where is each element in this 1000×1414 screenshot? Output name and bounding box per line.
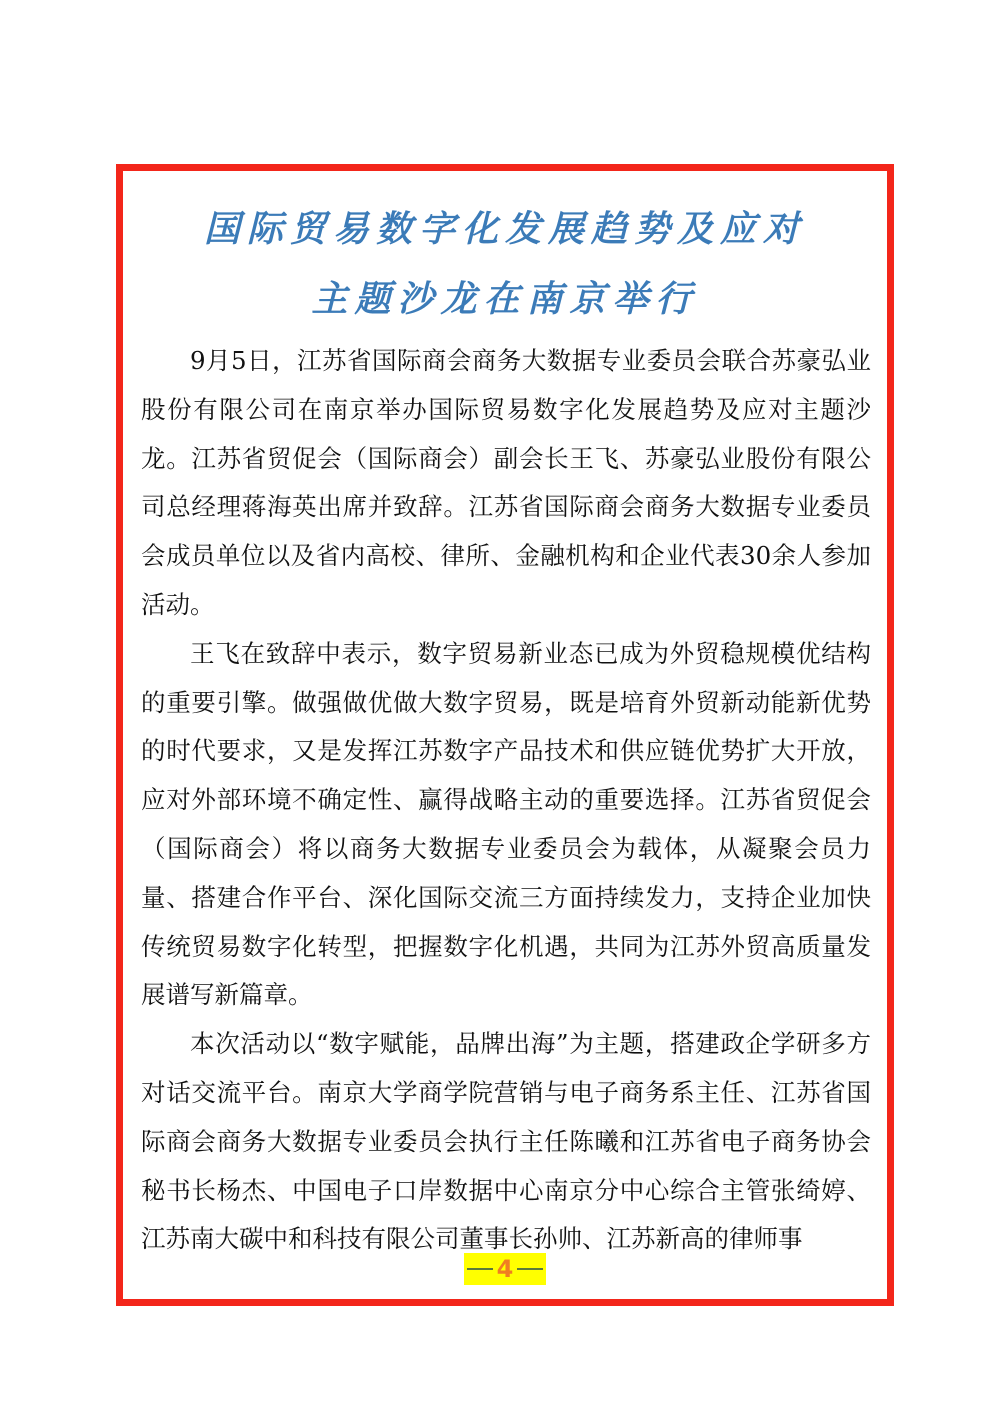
dash-left: [467, 1268, 493, 1270]
page-number: 4: [497, 1255, 514, 1283]
dash-right: [517, 1268, 543, 1270]
paragraph-3: 本次活动以“数字赋能，品牌出海”为主题，搭建政企学研多方对话交流平台。南京大学商…: [141, 1020, 871, 1264]
page-border-frame: 国际贸易数字化发展趋势及应对 主题沙龙在南京举行 9月5日，江苏省国际商会商务大…: [116, 164, 894, 1306]
title-line-2: 主题沙龙在南京举行: [123, 271, 887, 322]
page-number-badge: 4: [464, 1253, 546, 1285]
article-body: 9月5日，江苏省国际商会商务大数据专业委员会联合苏豪弘业股份有限公司在南京举办国…: [141, 337, 871, 1264]
paragraph-2: 王飞在致辞中表示，数字贸易新业态已成为外贸稳规模优结构的重要引擎。做强做优做大数…: [141, 630, 871, 1020]
title-line-1: 国际贸易数字化发展趋势及应对: [123, 201, 887, 252]
paragraph-1: 9月5日，江苏省国际商会商务大数据专业委员会联合苏豪弘业股份有限公司在南京举办国…: [141, 337, 871, 630]
